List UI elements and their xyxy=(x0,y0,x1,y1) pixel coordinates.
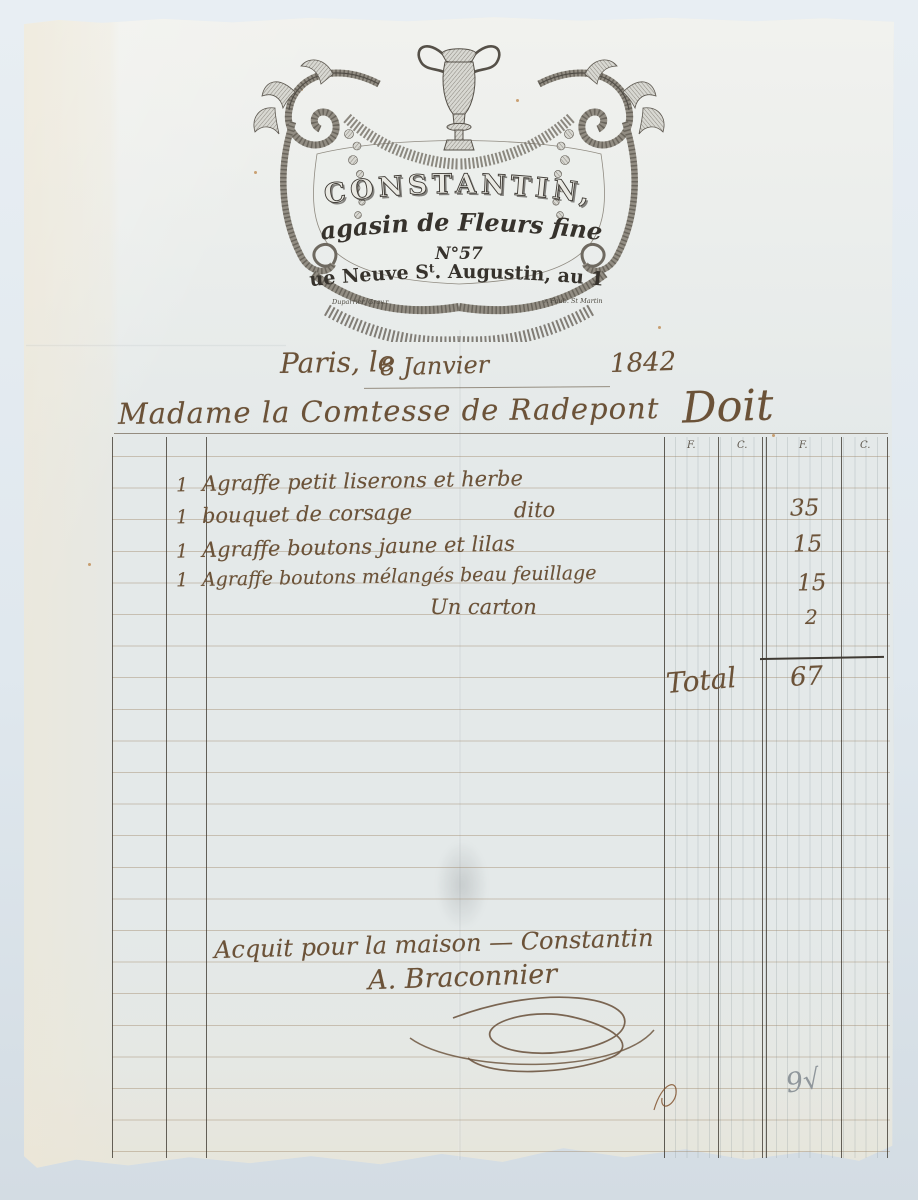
doit-label: Doit xyxy=(681,380,774,433)
paper-fold-crease xyxy=(26,344,286,347)
total-label: Total xyxy=(665,661,738,700)
column-header-francs: F. xyxy=(799,440,808,451)
pencil-annotation: 9√ xyxy=(784,1064,823,1100)
scanned-invoice: CONSTANTIN, CONSTANTIN, Magasin de Fleur… xyxy=(0,0,918,1200)
paper-fiber xyxy=(648,1074,688,1118)
date-year: 1842 xyxy=(609,347,676,379)
item-amount: 35 xyxy=(790,495,820,522)
item-quantity: 1 xyxy=(176,474,202,496)
invoice-line-item: Un carton 2 xyxy=(176,595,900,627)
item-note: dito xyxy=(514,498,556,523)
item-amount: 15 xyxy=(793,531,823,558)
item-amount: 15 xyxy=(797,570,827,597)
urn-ornament xyxy=(419,46,500,150)
date-prefix: Paris, le xyxy=(280,345,395,380)
letterhead-engraving: CONSTANTIN, CONSTANTIN, Magasin de Fleur… xyxy=(229,22,689,342)
item-amount: 2 xyxy=(805,605,818,629)
item-quantity: 1 xyxy=(176,569,202,591)
ledger-rule xyxy=(112,437,113,1158)
item-description: Un carton xyxy=(430,595,537,619)
date-value: 8 Janvier xyxy=(380,351,490,382)
item-quantity: 1 xyxy=(176,540,202,563)
column-header-centimes: C. xyxy=(860,440,870,451)
signature-flourish xyxy=(398,986,668,1081)
billing-underline xyxy=(114,433,888,434)
customer-name: Madame la Comtesse de Radepont xyxy=(118,391,660,431)
engraver-credit-right: r. Faub. St Martin xyxy=(544,297,603,305)
item-quantity: 1 xyxy=(176,506,202,528)
foxing-speck xyxy=(88,563,91,566)
ink-smudge xyxy=(436,840,488,930)
column-header-centimes: C. xyxy=(737,440,747,451)
item-description: bouquet de corsage xyxy=(202,500,413,528)
item-description: Agraffe petit liserons et herbe xyxy=(202,466,523,496)
ledger-rule xyxy=(166,437,167,1158)
engraver-credit-left: Duparrier, Grav.r xyxy=(331,298,389,306)
total-value: 67 xyxy=(789,661,824,693)
column-header-francs: F. xyxy=(687,440,696,451)
item-description: Agraffe boutons jaune et lilas xyxy=(202,531,515,562)
foxing-speck xyxy=(772,434,775,437)
